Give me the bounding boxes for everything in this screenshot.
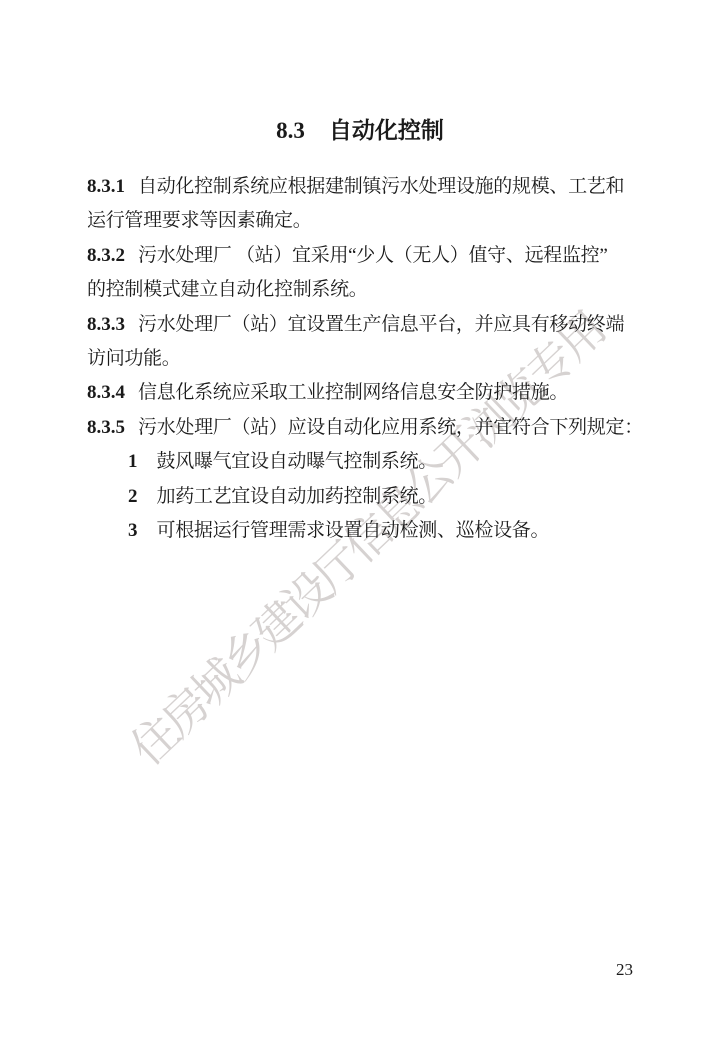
section-heading: 8.3自动化控制: [0, 112, 720, 149]
body-line: 8.3.3污水处理厂（站）宜设置生产信息平台，并应具有移动终端: [87, 308, 635, 342]
clause-text: 自动化控制系统应根据建制镇污水处理设施的规模、工艺和: [138, 176, 624, 197]
body-line: 的控制模式建立自动化控制系统。: [87, 273, 635, 307]
clause-text: 污水处理厂（站）宜设置生产信息平台，并应具有移动终端: [138, 314, 624, 335]
body-line: 1鼓风曝气宜设自动曝气控制系统。: [87, 445, 635, 479]
body-line: 8.3.1自动化控制系统应根据建制镇污水处理设施的规模、工艺和: [87, 170, 635, 204]
clause-number: 8.3.3: [87, 314, 125, 335]
clause-text: 污水处理厂（站）应设自动化应用系统，并宜符合下列规定：: [138, 417, 643, 438]
clause-text: 污水处理厂 （站）宜采用“少人（无人）值守、远程监控”: [138, 245, 608, 266]
item-number: 1: [128, 451, 138, 472]
item-text: 加药工艺宜设自动加药控制系统。: [157, 486, 438, 507]
clause-number: 8.3.1: [87, 176, 125, 197]
item-text: 可根据运行管理需求设置自动检测、巡检设备。: [157, 520, 550, 541]
item-text: 鼓风曝气宜设自动曝气控制系统。: [157, 451, 438, 472]
clause-number: 8.3.2: [87, 245, 125, 266]
clause-number: 8.3.4: [87, 382, 125, 403]
page-number: 23: [616, 958, 633, 982]
item-number: 3: [128, 520, 138, 541]
clause-text: 的控制模式建立自动化控制系统。: [87, 279, 368, 300]
body-text: 8.3.1自动化控制系统应根据建制镇污水处理设施的规模、工艺和 运行管理要求等因…: [87, 170, 635, 548]
clause-number: 8.3.5: [87, 417, 125, 438]
body-line: 2加药工艺宜设自动加药控制系统。: [87, 480, 635, 514]
body-line: 访问功能。: [87, 342, 635, 376]
body-line: 8.3.2污水处理厂 （站）宜采用“少人（无人）值守、远程监控”: [87, 239, 635, 273]
body-line: 3可根据运行管理需求设置自动检测、巡检设备。: [87, 514, 635, 548]
clause-text: 信息化系统应采取工业控制网络信息安全防护措施。: [138, 382, 568, 403]
clause-text: 运行管理要求等因素确定。: [87, 210, 311, 231]
clause-text: 访问功能。: [87, 348, 181, 369]
body-line: 8.3.5污水处理厂（站）应设自动化应用系统，并宜符合下列规定：: [87, 411, 635, 445]
document-page: 住房城乡建设厅信息公开浏览专用 8.3自动化控制 8.3.1自动化控制系统应根据…: [0, 0, 720, 1044]
section-number: 8.3: [276, 118, 305, 143]
body-line: 8.3.4信息化系统应采取工业控制网络信息安全防护措施。: [87, 376, 635, 410]
body-line: 运行管理要求等因素确定。: [87, 204, 635, 238]
item-number: 2: [128, 486, 138, 507]
section-title: 自动化控制: [329, 117, 444, 143]
